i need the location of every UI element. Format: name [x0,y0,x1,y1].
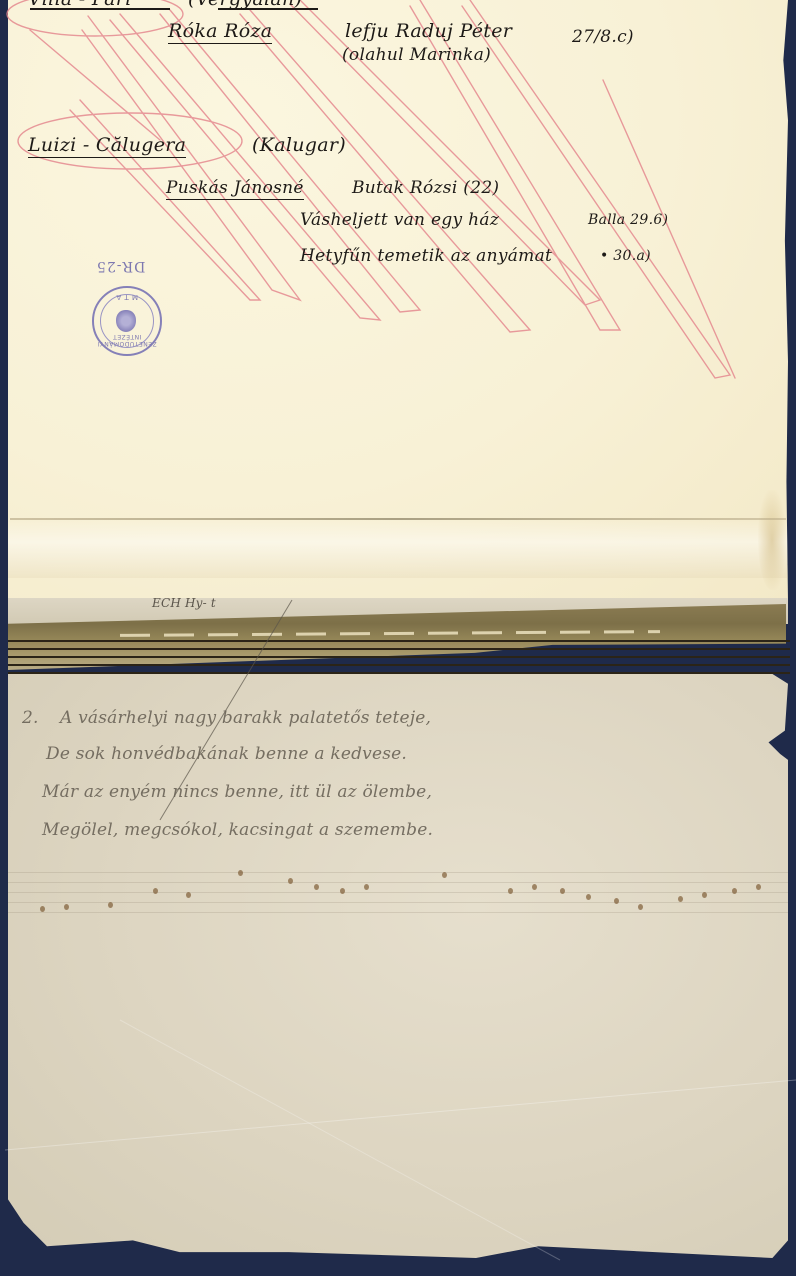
note-head [532,884,537,890]
note-head [702,892,707,898]
note-head [638,904,643,910]
note-head [288,878,293,884]
note-head [732,888,737,894]
note-head [756,884,761,890]
note-head [186,892,191,898]
pencil-diagonal-line [0,0,796,1276]
note-head [314,884,319,890]
note-head [238,870,243,876]
verse-line: De sok honvédbakának benne a kedvese. [46,744,407,764]
note-head [64,904,69,910]
note-head [586,894,591,900]
note-head [153,888,158,894]
verse-line: Megölel, megcsókol, kacsingat a szemembe… [42,820,433,840]
note-head [40,906,45,912]
note-head [364,884,369,890]
document-scan: Vilia - Pari (Vergyalan) Róka Róza lefju… [0,0,796,1276]
note-head [108,902,113,908]
note-head [442,872,447,878]
note-head [614,898,619,904]
note-head [508,888,513,894]
verse-line: A vásárhelyi nagy barakk palatetős tetej… [60,708,431,728]
note-head [560,888,565,894]
verse-number: 2. [22,708,39,728]
note-head [340,888,345,894]
verse-line: Már az enyém nincs benne, itt ül az ölem… [42,782,432,802]
note-head [678,896,683,902]
bleed-through-notes [8,860,788,920]
